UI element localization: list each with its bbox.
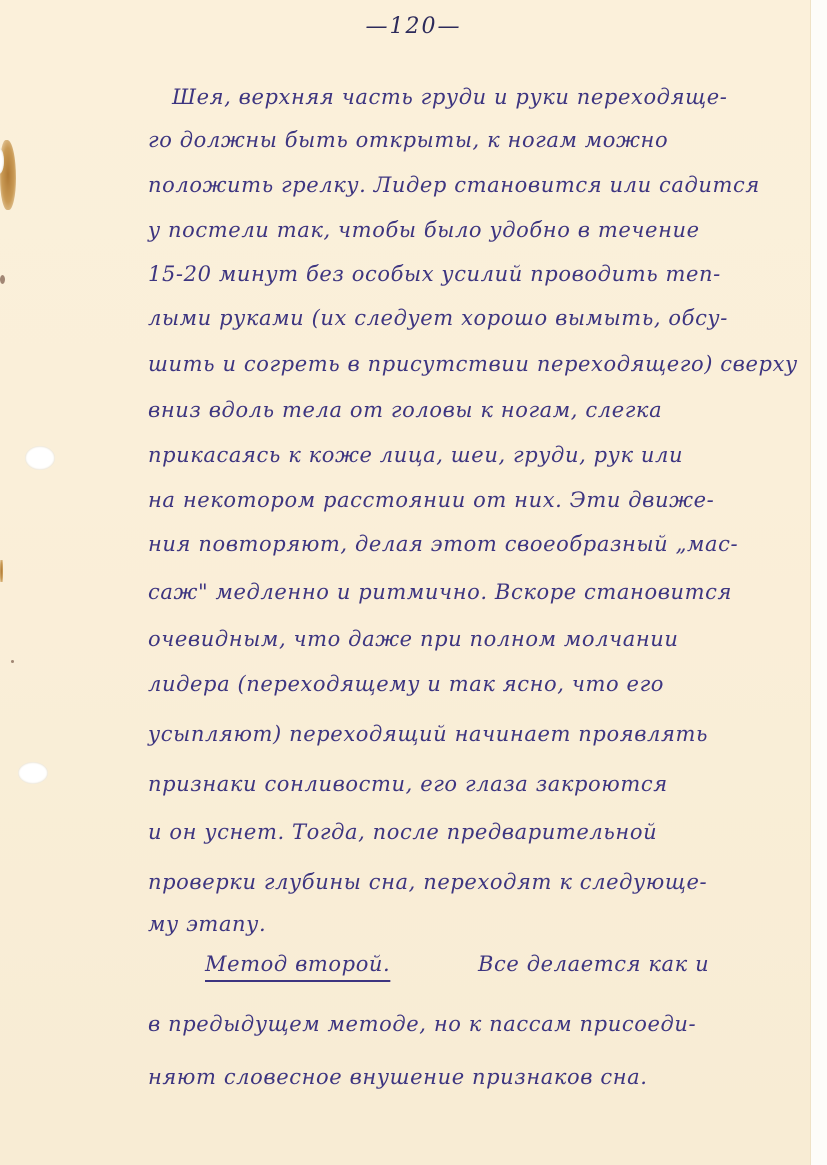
- text-line: проверки глубины сна, переходят к следую…: [148, 870, 707, 894]
- manuscript-page: —120— Шея, верхняя часть груди и руки пе…: [0, 0, 810, 1165]
- section-text-line: в предыдущем методе, но к пассам присоед…: [148, 1012, 696, 1036]
- text-line: Шея, верхняя часть груди и руки переходя…: [172, 85, 727, 109]
- text-line: и он уснет. Тогда, после предварительной: [148, 820, 657, 844]
- ink-spot: [0, 275, 5, 284]
- text-line: у постели так, чтобы было удобно в течен…: [148, 218, 700, 242]
- text-line: усыпляют) переходящий начинает проявлять: [148, 722, 708, 746]
- text-line: на некотором расстоянии от них. Эти движ…: [148, 488, 714, 512]
- rust-mark: [0, 560, 3, 582]
- punch-hole-bottom: [18, 762, 48, 784]
- page-number: —120—: [0, 14, 827, 39]
- text-line: 15-20 минут без особых усилий проводить …: [148, 262, 721, 286]
- text-line: лыми руками (их следует хорошо вымыть, о…: [148, 306, 728, 330]
- punch-hole-middle: [25, 446, 55, 470]
- section-text-line: няют словесное внушение признаков сна.: [148, 1065, 648, 1089]
- text-line: саж" медленно и ритмично. Вскоре станови…: [148, 580, 732, 604]
- section-heading: Метод второй.: [205, 952, 390, 976]
- dot-mark: [11, 660, 14, 663]
- text-line: вниз вдоль тела от головы к ногам, слегк…: [148, 398, 662, 422]
- text-line: очевидным, что даже при полном молчании: [148, 627, 679, 651]
- section-text-line: Все делается как и: [478, 952, 709, 976]
- text-line: шить и согреть в присутствии переходящег…: [148, 352, 798, 376]
- text-line: ния повторяют, делая этот своеобразный „…: [148, 532, 738, 556]
- text-line: положить грелку. Лидер становится или са…: [148, 173, 760, 197]
- text-line: го должны быть открыты, к ногам можно: [148, 128, 668, 152]
- text-line: прикасаясь к коже лица, шеи, груди, рук …: [148, 443, 683, 467]
- text-line: признаки сонливости, его глаза закроются: [148, 772, 668, 796]
- scan-background-strip: [810, 0, 827, 1165]
- text-line: лидера (переходящему и так ясно, что его: [148, 672, 664, 696]
- text-line: му этапу.: [148, 912, 266, 936]
